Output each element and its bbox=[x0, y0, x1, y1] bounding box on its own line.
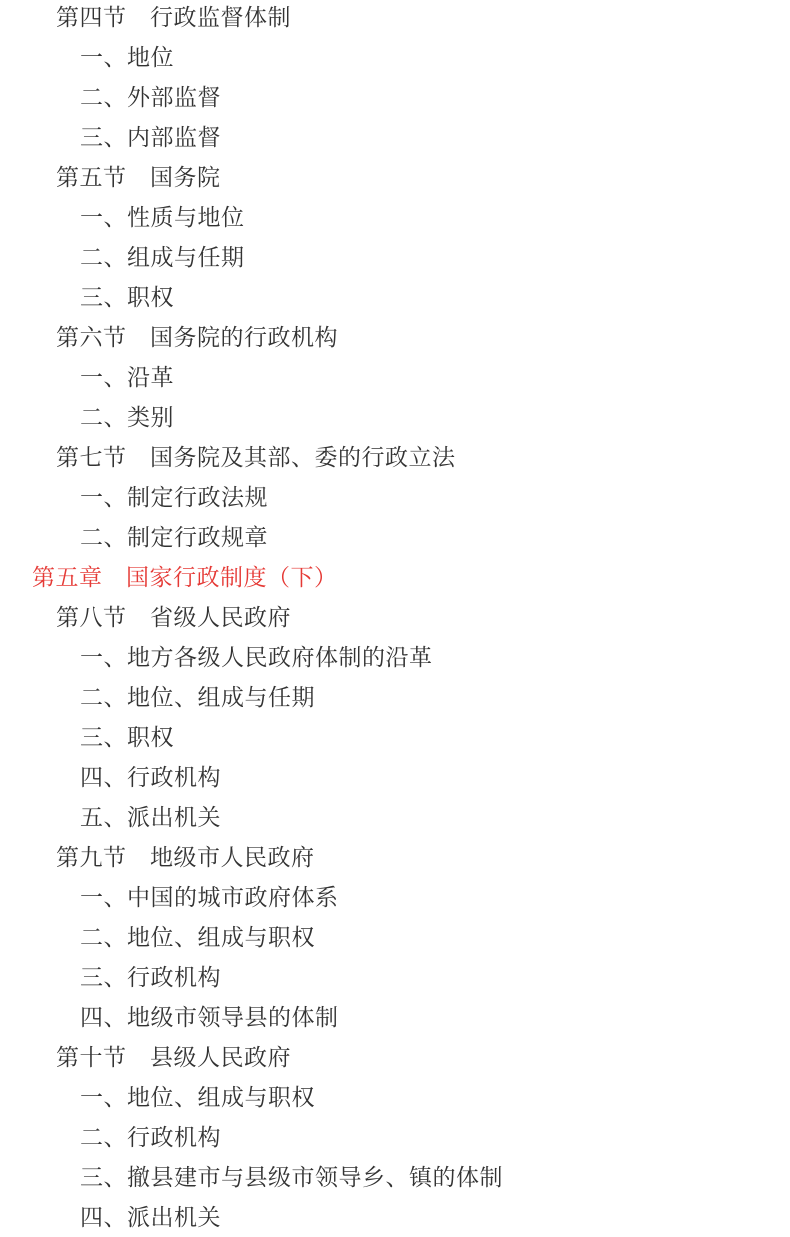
toc-item[interactable]: 二、类别 bbox=[80, 398, 174, 438]
toc-section[interactable]: 第九节 地级市人民政府 bbox=[56, 838, 315, 878]
toc-item[interactable]: 三、职权 bbox=[80, 718, 174, 758]
toc-item[interactable]: 三、内部监督 bbox=[80, 118, 221, 158]
toc-item[interactable]: 二、组成与任期 bbox=[80, 238, 245, 278]
toc-section[interactable]: 第六节 国务院的行政机构 bbox=[56, 318, 338, 358]
toc-item[interactable]: 二、地位、组成与职权 bbox=[80, 918, 315, 958]
toc-item[interactable]: 一、地位 bbox=[80, 38, 174, 78]
toc-item[interactable]: 一、制定行政法规 bbox=[80, 478, 268, 518]
toc-section[interactable]: 第十节 县级人民政府 bbox=[56, 1038, 291, 1078]
toc-item[interactable]: 一、地位、组成与职权 bbox=[80, 1078, 315, 1118]
toc-item[interactable]: 三、撤县建市与县级市领导乡、镇的体制 bbox=[80, 1158, 503, 1198]
toc-item[interactable]: 一、中国的城市政府体系 bbox=[80, 878, 339, 918]
toc-item[interactable]: 二、制定行政规章 bbox=[80, 518, 268, 558]
toc-item[interactable]: 五、派出机关 bbox=[80, 798, 221, 838]
toc-section[interactable]: 第八节 省级人民政府 bbox=[56, 598, 291, 638]
toc-item[interactable]: 三、行政机构 bbox=[80, 958, 221, 998]
toc-item[interactable]: 四、行政机构 bbox=[80, 758, 221, 798]
toc-item[interactable]: 三、职权 bbox=[80, 278, 174, 318]
toc-item[interactable]: 二、地位、组成与任期 bbox=[80, 678, 315, 718]
toc-item[interactable]: 二、外部监督 bbox=[80, 78, 221, 118]
toc-item[interactable]: 一、地方各级人民政府体制的沿革 bbox=[80, 638, 433, 678]
toc-section[interactable]: 第五节 国务院 bbox=[56, 158, 221, 198]
toc-section[interactable]: 第四节 行政监督体制 bbox=[56, 0, 291, 38]
toc-item[interactable]: 四、派出机关 bbox=[80, 1198, 221, 1237]
toc-section[interactable]: 第七节 国务院及其部、委的行政立法 bbox=[56, 438, 456, 478]
toc-item[interactable]: 一、性质与地位 bbox=[80, 198, 245, 238]
toc-chapter[interactable]: 第五章 国家行政制度（下） bbox=[32, 558, 338, 598]
toc-item[interactable]: 一、沿革 bbox=[80, 358, 174, 398]
toc-item[interactable]: 四、地级市领导县的体制 bbox=[80, 998, 339, 1038]
toc-item[interactable]: 二、行政机构 bbox=[80, 1118, 221, 1158]
